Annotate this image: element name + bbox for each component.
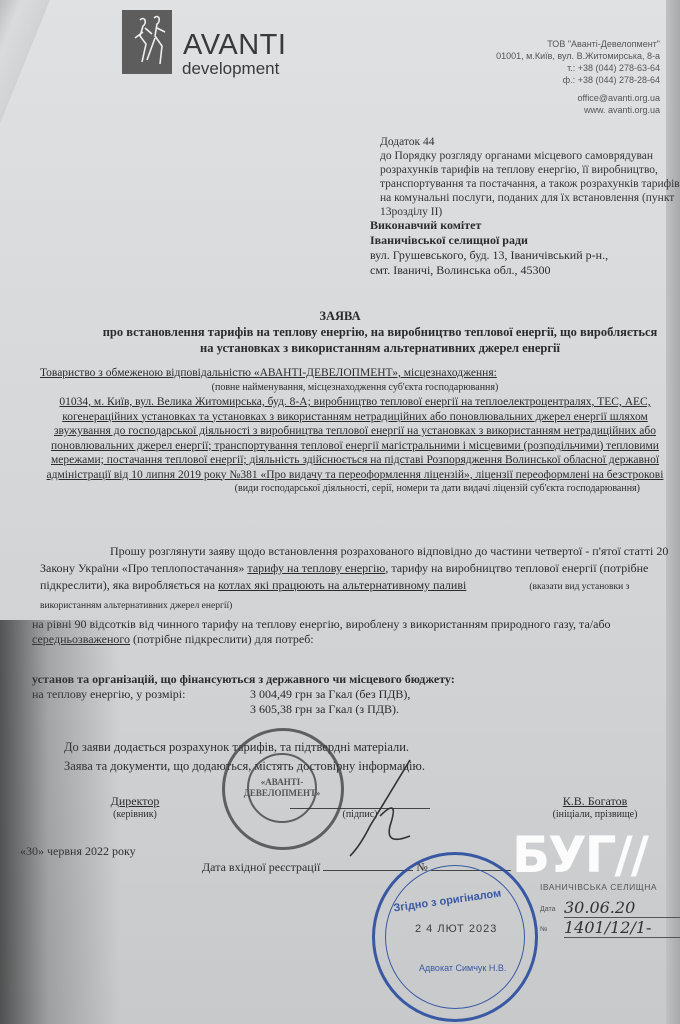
- entity-activity: 01034, м. Київ, вул. Велика Житомирська,…: [40, 395, 670, 482]
- signer-name: К.В. Богатов: [563, 794, 628, 808]
- brand-name: AVANTI: [183, 30, 286, 60]
- request-paragraph: Прошу розглянути заяву щодо встановлення…: [40, 543, 670, 615]
- office-stamp-date: 30.06.20: [564, 898, 680, 918]
- request-underlined: тарифу на теплову енергію: [247, 561, 385, 575]
- photo-shadow: [0, 620, 120, 1024]
- level-text: (потрібне підкреслити) для потреб:: [133, 632, 314, 646]
- registration-label: Дата вхідної реєстрації: [202, 860, 320, 874]
- recipient-block: Виконавчий комітет Іваничівської селищно…: [370, 218, 680, 278]
- office-stamp-number: 1401/12/1-: [564, 918, 680, 938]
- company-seal-text: «АВАНТІ- ДЕВЕЛОПМЕНТ»: [247, 753, 317, 823]
- recipient-line: смт. Іваничі, Волинська обл., 45300: [370, 263, 551, 277]
- office-registration-stamp: ІВАНИЧІВСЬКА СЕЛИЩНА Дата 30.06.20 № 140…: [540, 882, 680, 938]
- brand-sub: development: [182, 60, 286, 78]
- entity-name-caption: (повне найменування, місцезнаходження су…: [40, 381, 670, 396]
- document-photo: AVANTI development ТОВ "Аванті-Девелопме…: [0, 0, 680, 1024]
- page-fold-shadow: [0, 0, 50, 330]
- office-stamp-date-label: Дата: [540, 906, 556, 913]
- addendum-text: до Порядку розгляду органами місцевого с…: [380, 149, 680, 219]
- company-line: ф.: +38 (044) 278-28-64: [496, 74, 660, 86]
- tariff-with-vat: 3 605,38 грн за Гкал (з ПДВ).: [250, 702, 399, 717]
- company-line: 01001, м.Київ, вул. В.Житомирська, 8-а: [496, 50, 660, 62]
- entity-block: Товариство з обмеженою відповідальністю …: [40, 366, 670, 497]
- avanti-logo-icon: [122, 10, 172, 74]
- signature-name: К.В. Богатов (ініціали, прізвище): [530, 794, 660, 820]
- office-stamp-number-label: №: [540, 926, 548, 933]
- company-contacts: ТОВ "Аванті-Девелопмент" 01001, м.Київ, …: [496, 38, 660, 116]
- company-line: т.: +38 (044) 278-63-64: [496, 62, 660, 74]
- entity-activity-caption: (види господарської діяльності, серії, н…: [40, 482, 670, 497]
- request-underlined: котлах які працюють на альтернативному п…: [218, 578, 466, 592]
- brand-logo-text: AVANTI development: [183, 30, 286, 78]
- company-website: www. avanti.org.ua: [496, 104, 660, 116]
- level-paragraph: на рівні 90 відсотків від чинного тарифу…: [32, 617, 672, 647]
- addendum-block: Додаток 44 до Порядку розгляду органами …: [380, 135, 680, 219]
- tariff-no-vat: 3 004,49 грн за Гкал (без ПДВ),: [250, 687, 410, 702]
- entity-name: Товариство з обмеженою відповідальністю …: [40, 366, 670, 381]
- handwritten-signature-icon: [340, 756, 450, 866]
- signer-caption: (ініціали, прізвище): [530, 809, 660, 820]
- company-line: ТОВ "Аванті-Девелопмент": [496, 38, 660, 50]
- notary-stamp-signer: Адвокат Симчук Н.В.: [419, 963, 506, 974]
- consumers-block: установ та організацій, що фінансуються …: [32, 672, 672, 717]
- company-email: office@avanti.org.ua: [496, 92, 660, 104]
- company-seal: «АВАНТІ- ДЕВЕЛОПМЕНТ»: [222, 728, 344, 850]
- addendum-title: Додаток 44: [380, 135, 680, 149]
- recipient-line: Виконавчий комітет: [370, 218, 481, 232]
- document-subtitle: про встановлення тарифів на теплову енер…: [100, 324, 660, 356]
- document-title: ЗАЯВА: [0, 308, 680, 324]
- notary-stamp-date: 2 4 ЛЮТ 2023: [415, 923, 497, 935]
- recipient-line: Іваничівської селищної ради: [370, 233, 528, 247]
- watermark-logo: БУГ//: [512, 826, 647, 884]
- recipient-line: вул. Грушевського, буд. 13, Іваничівськи…: [370, 248, 608, 262]
